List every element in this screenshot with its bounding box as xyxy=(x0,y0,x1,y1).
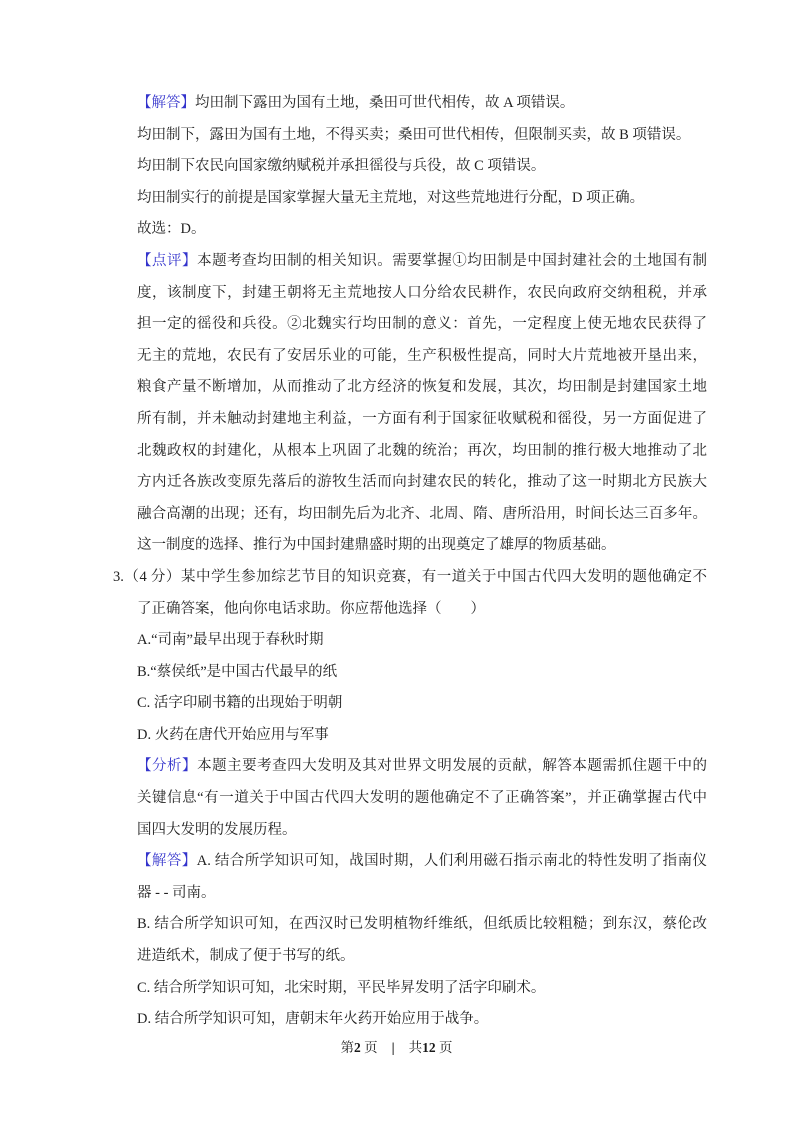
total-pages-indicator: 共12 页 xyxy=(409,1040,453,1055)
paragraph: 【解答】A. 结合所学知识可知，战国时期，人们利用磁石指示南北的特性发明了指南仪… xyxy=(137,846,707,909)
total-page-number: 12 xyxy=(422,1040,436,1055)
text-line: 担一定的徭役和兵役。②北魏实行均田制的意义：首先，一定程度上使无地农民获得了 xyxy=(137,309,707,341)
text-line: 所有制，并未触动封建地主利益，一方面有利于国家征收赋税和徭役，另一方面促进了 xyxy=(137,404,707,436)
text-line: 均田制实行的前提是国家掌握大量无主荒地，对这些荒地进行分配，D 项正确。 xyxy=(137,183,707,215)
page-word-suffix: 页 xyxy=(361,1040,378,1055)
paragraph: 3.（4 分）某中学生参加综艺节目的知识竞赛，有一道关于中国古代四大发明的题他确… xyxy=(137,562,707,625)
text-line: 这一制度的选择、推行为中国封建鼎盛时期的出现奠定了雄厚的物质基础。 xyxy=(137,530,707,562)
text-line: 均田制下，露田为国有土地，不得买卖；桑田可世代相传，但限制买卖，故 B 项错误。 xyxy=(137,120,707,152)
text-line: 3.（4 分）某中学生参加综艺节目的知识竞赛，有一道关于中国古代四大发明的题他确… xyxy=(113,562,707,594)
text-line: 【分析】本题主要考查四大发明及其对世界文明发展的贡献，解答本题需抓住题干中的 xyxy=(137,751,707,783)
text-line: 【解答】A. 结合所学知识可知，战国时期，人们利用磁石指示南北的特性发明了指南仪 xyxy=(137,846,707,878)
text-line: 国四大发明的发展历程。 xyxy=(137,815,707,847)
text-line: 【点评】本题考查均田制的相关知识。需要掌握①均田制是中国封建社会的土地国有制 xyxy=(137,246,707,278)
section-label: 【解答】 xyxy=(137,853,197,869)
text-line: 关键信息“有一道关于中国古代四大发明的题他确定不了正确答案”，并正确掌握古代中 xyxy=(137,783,707,815)
text-line: 粮食产量不断增加，从而推动了北方经济的恢复和发展，其次，均田制是封建国家土地 xyxy=(137,372,707,404)
text-line: B. 结合所学知识可知，在西汉时已发明植物纤维纸，但纸质比较粗糙；到东汉，蔡伦改 xyxy=(137,909,707,941)
text-line: 故选：D。 xyxy=(137,214,707,246)
document-body: 【解答】均田制下露田为国有土地，桑田可世代相传，故 A 项错误。均田制下，露田为… xyxy=(137,88,707,1036)
paragraph: D. 火药在唐代开始应用与军事 xyxy=(137,720,707,752)
text-line: B.“蔡侯纸”是中国古代最早的纸 xyxy=(137,657,707,689)
page-word-prefix: 第 xyxy=(341,1040,355,1055)
section-label: 【解答】 xyxy=(137,95,195,111)
total-word-prefix: 共 xyxy=(409,1040,423,1055)
current-page-number: 2 xyxy=(354,1040,361,1055)
total-word-suffix: 页 xyxy=(436,1040,453,1055)
text-line: D. 火药在唐代开始应用与军事 xyxy=(137,720,707,752)
text-line: 方内迁各族改变原先落后的游牧生活而向封建农民的转化，推动了这一时期北方民族大 xyxy=(137,467,707,499)
section-label: 【点评】 xyxy=(137,253,197,269)
paragraph: B. 结合所学知识可知，在西汉时已发明植物纤维纸，但纸质比较粗糙；到东汉，蔡伦改… xyxy=(137,909,707,972)
paragraph: A.“司南”最早出现于春秋时期 xyxy=(137,625,707,657)
footer-separator: | xyxy=(392,1038,395,1058)
paragraph: D. 结合所学知识可知，唐朝末年火药开始应用于战争。 xyxy=(137,1004,707,1036)
paragraph: 均田制下农民向国家缴纳赋税并承担徭役与兵役，故 C 项错误。 xyxy=(137,151,707,183)
text-line: D. 结合所学知识可知，唐朝末年火药开始应用于战争。 xyxy=(137,1004,707,1036)
text-line: 进造纸术，制成了便于书写的纸。 xyxy=(137,941,707,973)
paragraph: 【解答】均田制下露田为国有土地，桑田可世代相传，故 A 项错误。 xyxy=(137,88,707,120)
page-footer: 第2 页|共12 页 xyxy=(0,1038,793,1058)
paragraph: 均田制下，露田为国有土地，不得买卖；桑田可世代相传，但限制买卖，故 B 项错误。 xyxy=(137,120,707,152)
section-label: 【分析】 xyxy=(137,758,197,774)
page-indicator: 第2 页 xyxy=(341,1040,378,1055)
text-line: 【解答】均田制下露田为国有土地，桑田可世代相传，故 A 项错误。 xyxy=(137,88,707,120)
paragraph: 【分析】本题主要考查四大发明及其对世界文明发展的贡献，解答本题需抓住题干中的关键… xyxy=(137,751,707,846)
paragraph: 均田制实行的前提是国家掌握大量无主荒地，对这些荒地进行分配，D 项正确。 xyxy=(137,183,707,215)
text-line: 北魏政权的封建化，从根本上巩固了北魏的统治；再次，均田制的推行极大地推动了北 xyxy=(137,436,707,468)
text-line: 器 - - 司南。 xyxy=(137,878,707,910)
text-line: A.“司南”最早出现于春秋时期 xyxy=(137,625,707,657)
paragraph: 故选：D。 xyxy=(137,214,707,246)
text-line: 无主的荒地，农民有了安居乐业的可能，生产积极性提高，同时大片荒地被开垦出来， xyxy=(137,341,707,373)
text-line: 均田制下农民向国家缴纳赋税并承担徭役与兵役，故 C 项错误。 xyxy=(137,151,707,183)
text-line: C. 活字印刷书籍的出现始于明朝 xyxy=(137,688,707,720)
paragraph: B.“蔡侯纸”是中国古代最早的纸 xyxy=(137,657,707,689)
text-line: 度，该制度下，封建王朝将无主荒地按人口分给农民耕作，农民向政府交纳租税，并承 xyxy=(137,278,707,310)
document-page: 【解答】均田制下露田为国有土地，桑田可世代相传，故 A 项错误。均田制下，露田为… xyxy=(0,0,793,1122)
text-line: 了正确答案，他向你电话求助。你应帮他选择（ ） xyxy=(137,594,707,626)
paragraph: C. 活字印刷书籍的出现始于明朝 xyxy=(137,688,707,720)
paragraph: 【点评】本题考查均田制的相关知识。需要掌握①均田制是中国封建社会的土地国有制度，… xyxy=(137,246,707,562)
text-line: C. 结合所学知识可知，北宋时期，平民毕昇发明了活字印刷术。 xyxy=(137,973,707,1005)
paragraph: C. 结合所学知识可知，北宋时期，平民毕昇发明了活字印刷术。 xyxy=(137,973,707,1005)
text-line: 融合高潮的出现；还有，均田制先后为北齐、北周、隋、唐所沿用，时间长达三百多年。 xyxy=(137,499,707,531)
